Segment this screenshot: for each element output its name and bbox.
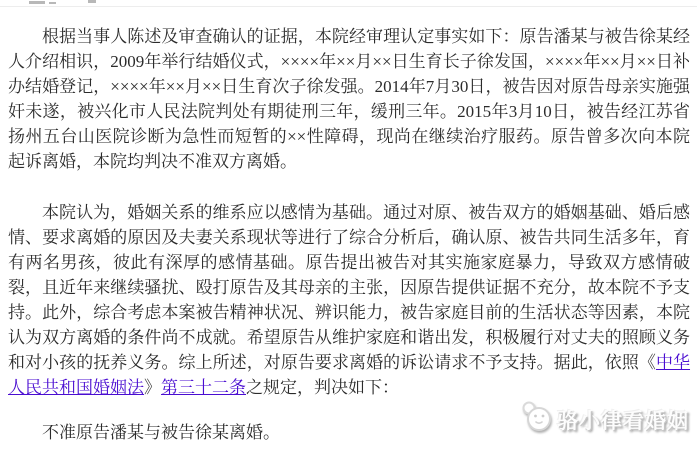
article-32-link[interactable]: 第三十二条 (161, 378, 246, 397)
book-title-close-mark: 》 (144, 378, 161, 397)
opinion-paragraph: 本院认为，婚姻关系的维系应以感情为基础。通过对原、被告双方的婚姻基础、婚后感情、… (8, 200, 690, 400)
judgment-article-page: 根据当事人陈述及审查确认的证据，本院经审理认定事实如下：原告潘某与被告徐某经人介… (0, 0, 697, 453)
watermark: 骆小律看婚姻 (519, 399, 689, 440)
alpaca-logo-icon (519, 399, 552, 440)
opinion-text-before-link: 本院认为，婚姻关系的维系应以感情为基础。通过对原、被告双方的婚姻基础、婚后感情、… (8, 203, 690, 372)
facts-paragraph: 根据当事人陈述及审查确认的证据，本院经审理认定事实如下：原告潘某与被告徐某经人介… (8, 24, 690, 174)
judgment-body: 根据当事人陈述及审查确认的证据，本院经审理认定事实如下：原告潘某与被告徐某经人介… (0, 0, 697, 445)
opinion-text-after-link: 之规定，判决如下： (246, 378, 399, 397)
watermark-label: 骆小律看婚姻 (557, 405, 689, 435)
